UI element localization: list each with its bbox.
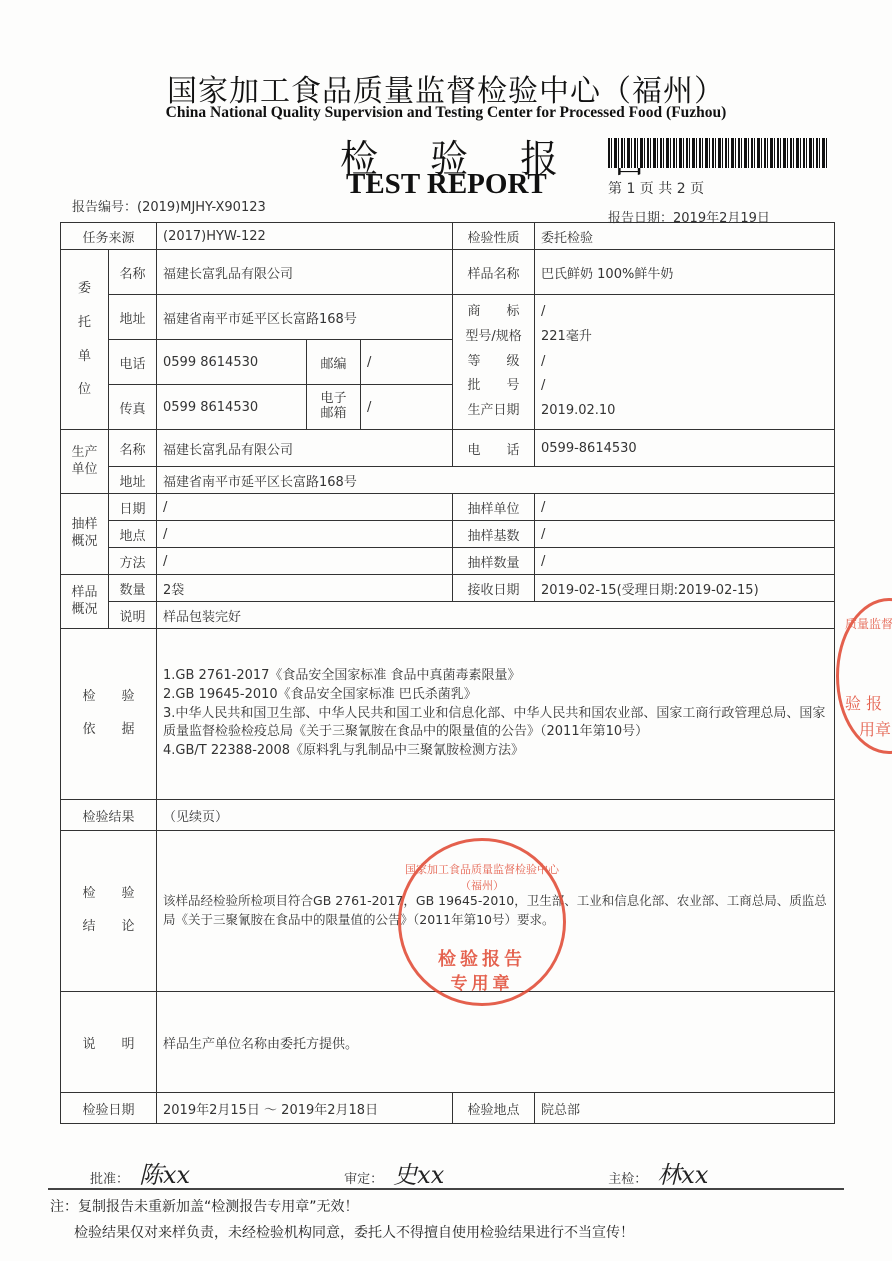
table-row: 样品 概况 数量 2袋 接收日期 2019-02-15(受理日期:2019-02… bbox=[61, 575, 835, 602]
sample-overview-group-label: 样品 概况 bbox=[61, 575, 109, 629]
divider bbox=[48, 1188, 844, 1190]
client-email-label: 电子 邮箱 bbox=[307, 385, 361, 430]
sampling-base-label: 抽样基数 bbox=[453, 521, 535, 548]
test-date-label: 检验日期 bbox=[61, 1093, 157, 1124]
brand-value: / bbox=[541, 300, 828, 325]
sample-qty-label: 数量 bbox=[109, 575, 157, 602]
spec-value: 221毫升 bbox=[541, 325, 828, 350]
sampling-qty-value: / bbox=[535, 548, 835, 575]
batch-value: / bbox=[541, 374, 828, 399]
official-seal-stamp: 国家加工食品质量监督检验中心（福州） 检验报告 专用章 bbox=[398, 838, 566, 1006]
task-source-label: 任务来源 bbox=[61, 223, 157, 250]
batch-label: 批 号 bbox=[459, 374, 528, 399]
inspection-type-label: 检验性质 bbox=[453, 223, 535, 250]
sampling-qty-label: 抽样数量 bbox=[453, 548, 535, 575]
sampling-method-value: / bbox=[157, 548, 453, 575]
sample-name-label: 样品名称 bbox=[453, 250, 535, 295]
table-row: 地点 / 抽样基数 / bbox=[61, 521, 835, 548]
table-row: 说 明 样品生产单位名称由委托方提供。 bbox=[61, 992, 835, 1093]
table-row: 抽样 概况 日期 / 抽样单位 / bbox=[61, 494, 835, 521]
table-row: 方法 / 抽样数量 / bbox=[61, 548, 835, 575]
client-fax-label: 传真 bbox=[109, 385, 157, 430]
test-location-value: 院总部 bbox=[535, 1093, 835, 1124]
inspection-type-value: 委托检验 bbox=[535, 223, 835, 250]
report-number: 报告编号：(2019)MJHY-X90123 bbox=[72, 196, 266, 215]
table-row: 委 托 单 位 名称 福建长富乳品有限公司 样品名称 巴氏鲜奶 100%鲜牛奶 bbox=[61, 250, 835, 295]
client-group-label: 委 托 单 位 bbox=[61, 250, 109, 430]
task-source-value: (2017)HYW-122 bbox=[157, 223, 453, 250]
table-row: 检验日期 2019年2月15日 ～ 2019年2月18日 检验地点 院总部 bbox=[61, 1093, 835, 1124]
table-row: 任务来源 (2017)HYW-122 检验性质 委托检验 bbox=[61, 223, 835, 250]
approver-signature: 陈xx bbox=[139, 1155, 190, 1190]
sampling-group-label: 抽样 概况 bbox=[61, 494, 109, 575]
edge-seal-bottom: 用章 bbox=[859, 717, 891, 740]
client-address-label: 地址 bbox=[109, 295, 157, 340]
client-fax-value: 0599 8614530 bbox=[157, 385, 307, 430]
seal-line1: 检验报告 bbox=[401, 945, 563, 971]
remarks-value: 样品生产单位名称由委托方提供。 bbox=[157, 992, 835, 1093]
result-value: （见续页） bbox=[157, 800, 835, 831]
producer-phone-value: 0599-8614530 bbox=[535, 430, 835, 467]
client-name-value: 福建长富乳品有限公司 bbox=[157, 250, 453, 295]
table-row: 说明 样品包装完好 bbox=[61, 602, 835, 629]
basis-item: 1.GB 2761-2017《食品安全国家标准 食品中真菌毒素限量》 bbox=[163, 667, 828, 686]
sample-desc-label: 说明 bbox=[109, 602, 157, 629]
edge-seal-mid: 验 报 bbox=[845, 691, 882, 714]
signature-row: 批准：陈xx 审定：史xx 主检：林xx bbox=[90, 1155, 810, 1190]
grade-label: 等 级 bbox=[459, 350, 528, 375]
basis-item: 2.GB 19645-2010《食品安全国家标准 巴氏杀菌乳》 bbox=[163, 686, 828, 705]
sampling-place-value: / bbox=[157, 521, 453, 548]
inspector-label: 主检： bbox=[608, 1168, 647, 1187]
producer-name-value: 福建长富乳品有限公司 bbox=[157, 430, 453, 467]
table-row: 地址 福建省南平市延平区长富路168号 商 标 型号/规格 等 级 批 号 生产… bbox=[61, 295, 835, 340]
test-date-value: 2019年2月15日 ～ 2019年2月18日 bbox=[157, 1093, 453, 1124]
table-row: 地址 福建省南平市延平区长富路168号 bbox=[61, 467, 835, 494]
producer-name-label: 名称 bbox=[109, 430, 157, 467]
sampling-date-value: / bbox=[157, 494, 453, 521]
barcode-icon bbox=[608, 138, 828, 168]
sampling-unit-label: 抽样单位 bbox=[453, 494, 535, 521]
table-row: 生产 单位 名称 福建长富乳品有限公司 电 话 0599-8614530 bbox=[61, 430, 835, 467]
note-line-1: 注：复制报告未重新加盖“检测报告专用章”无效！ bbox=[50, 1196, 359, 1216]
seal-line2: 专用章 bbox=[401, 969, 563, 994]
org-name-en: China National Quality Supervision and T… bbox=[0, 104, 892, 122]
sample-desc-value: 样品包装完好 bbox=[157, 602, 835, 629]
sample-qty-value: 2袋 bbox=[157, 575, 453, 602]
producer-address-label: 地址 bbox=[109, 467, 157, 494]
producer-address-value: 福建省南平市延平区长富路168号 bbox=[157, 467, 835, 494]
test-location-label: 检验地点 bbox=[453, 1093, 535, 1124]
basis-item: 4.GB/T 22388-2008《原料乳与乳制品中三聚氰胺检测方法》 bbox=[163, 742, 828, 761]
doc-title-en: TEST REPORT bbox=[346, 168, 547, 201]
sampling-unit-value: / bbox=[535, 494, 835, 521]
sampling-base-value: / bbox=[535, 521, 835, 548]
edge-seal-stamp: 质量监督 验 报 用章 bbox=[836, 598, 892, 754]
producer-phone-label: 电 话 bbox=[453, 430, 535, 467]
basis-list: 1.GB 2761-2017《食品安全国家标准 食品中真菌毒素限量》 2.GB … bbox=[157, 629, 835, 800]
conclusion-label: 检 验 结 论 bbox=[61, 831, 157, 992]
reviewer-signature: 史xx bbox=[393, 1155, 444, 1190]
prod-date-value: 2019.02.10 bbox=[541, 399, 828, 424]
sampling-place-label: 地点 bbox=[109, 521, 157, 548]
grade-value: / bbox=[541, 350, 828, 375]
client-postcode-label: 邮编 bbox=[307, 340, 361, 385]
approver-label: 批准： bbox=[90, 1168, 129, 1187]
sampling-date-label: 日期 bbox=[109, 494, 157, 521]
spec-label: 型号/规格 bbox=[459, 325, 528, 350]
prod-date-label: 生产日期 bbox=[459, 399, 528, 424]
note-line-2: 检验结果仅对来样负责，未经检验机构同意，委托人不得擅自使用检验结果进行不当宣传！ bbox=[74, 1222, 634, 1242]
client-email-value: / bbox=[361, 385, 453, 430]
producer-group-label: 生产 单位 bbox=[61, 430, 109, 494]
result-label: 检验结果 bbox=[61, 800, 157, 831]
sample-name-value: 巴氏鲜奶 100%鲜牛奶 bbox=[535, 250, 835, 295]
receive-date-label: 接收日期 bbox=[453, 575, 535, 602]
client-address-value: 福建省南平市延平区长富路168号 bbox=[157, 295, 453, 340]
client-postcode-value: / bbox=[361, 340, 453, 385]
receive-date-value: 2019-02-15(受理日期:2019-02-15) bbox=[535, 575, 835, 602]
client-phone-label: 电话 bbox=[109, 340, 157, 385]
reviewer-label: 审定： bbox=[344, 1168, 383, 1187]
inspector-signature: 林xx bbox=[657, 1155, 708, 1190]
remarks-label: 说 明 bbox=[61, 992, 157, 1093]
seal-ring-text: 国家加工食品质量监督检验中心（福州） bbox=[401, 861, 563, 893]
page-indicator: 第 1 页 共 2 页 bbox=[608, 178, 704, 198]
table-row: 检 验 依 据 1.GB 2761-2017《食品安全国家标准 食品中真菌毒素限… bbox=[61, 629, 835, 800]
basis-label: 检 验 依 据 bbox=[61, 629, 157, 800]
client-phone-value: 0599 8614530 bbox=[157, 340, 307, 385]
edge-seal-top: 质量监督 bbox=[845, 615, 892, 632]
table-row: 检验结果 （见续页） bbox=[61, 800, 835, 831]
basis-item: 3.中华人民共和国卫生部、中华人民共和国工业和信息化部、中华人民共和国农业部、国… bbox=[163, 705, 828, 743]
client-name-label: 名称 bbox=[109, 250, 157, 295]
sampling-method-label: 方法 bbox=[109, 548, 157, 575]
brand-label: 商 标 bbox=[459, 300, 528, 325]
